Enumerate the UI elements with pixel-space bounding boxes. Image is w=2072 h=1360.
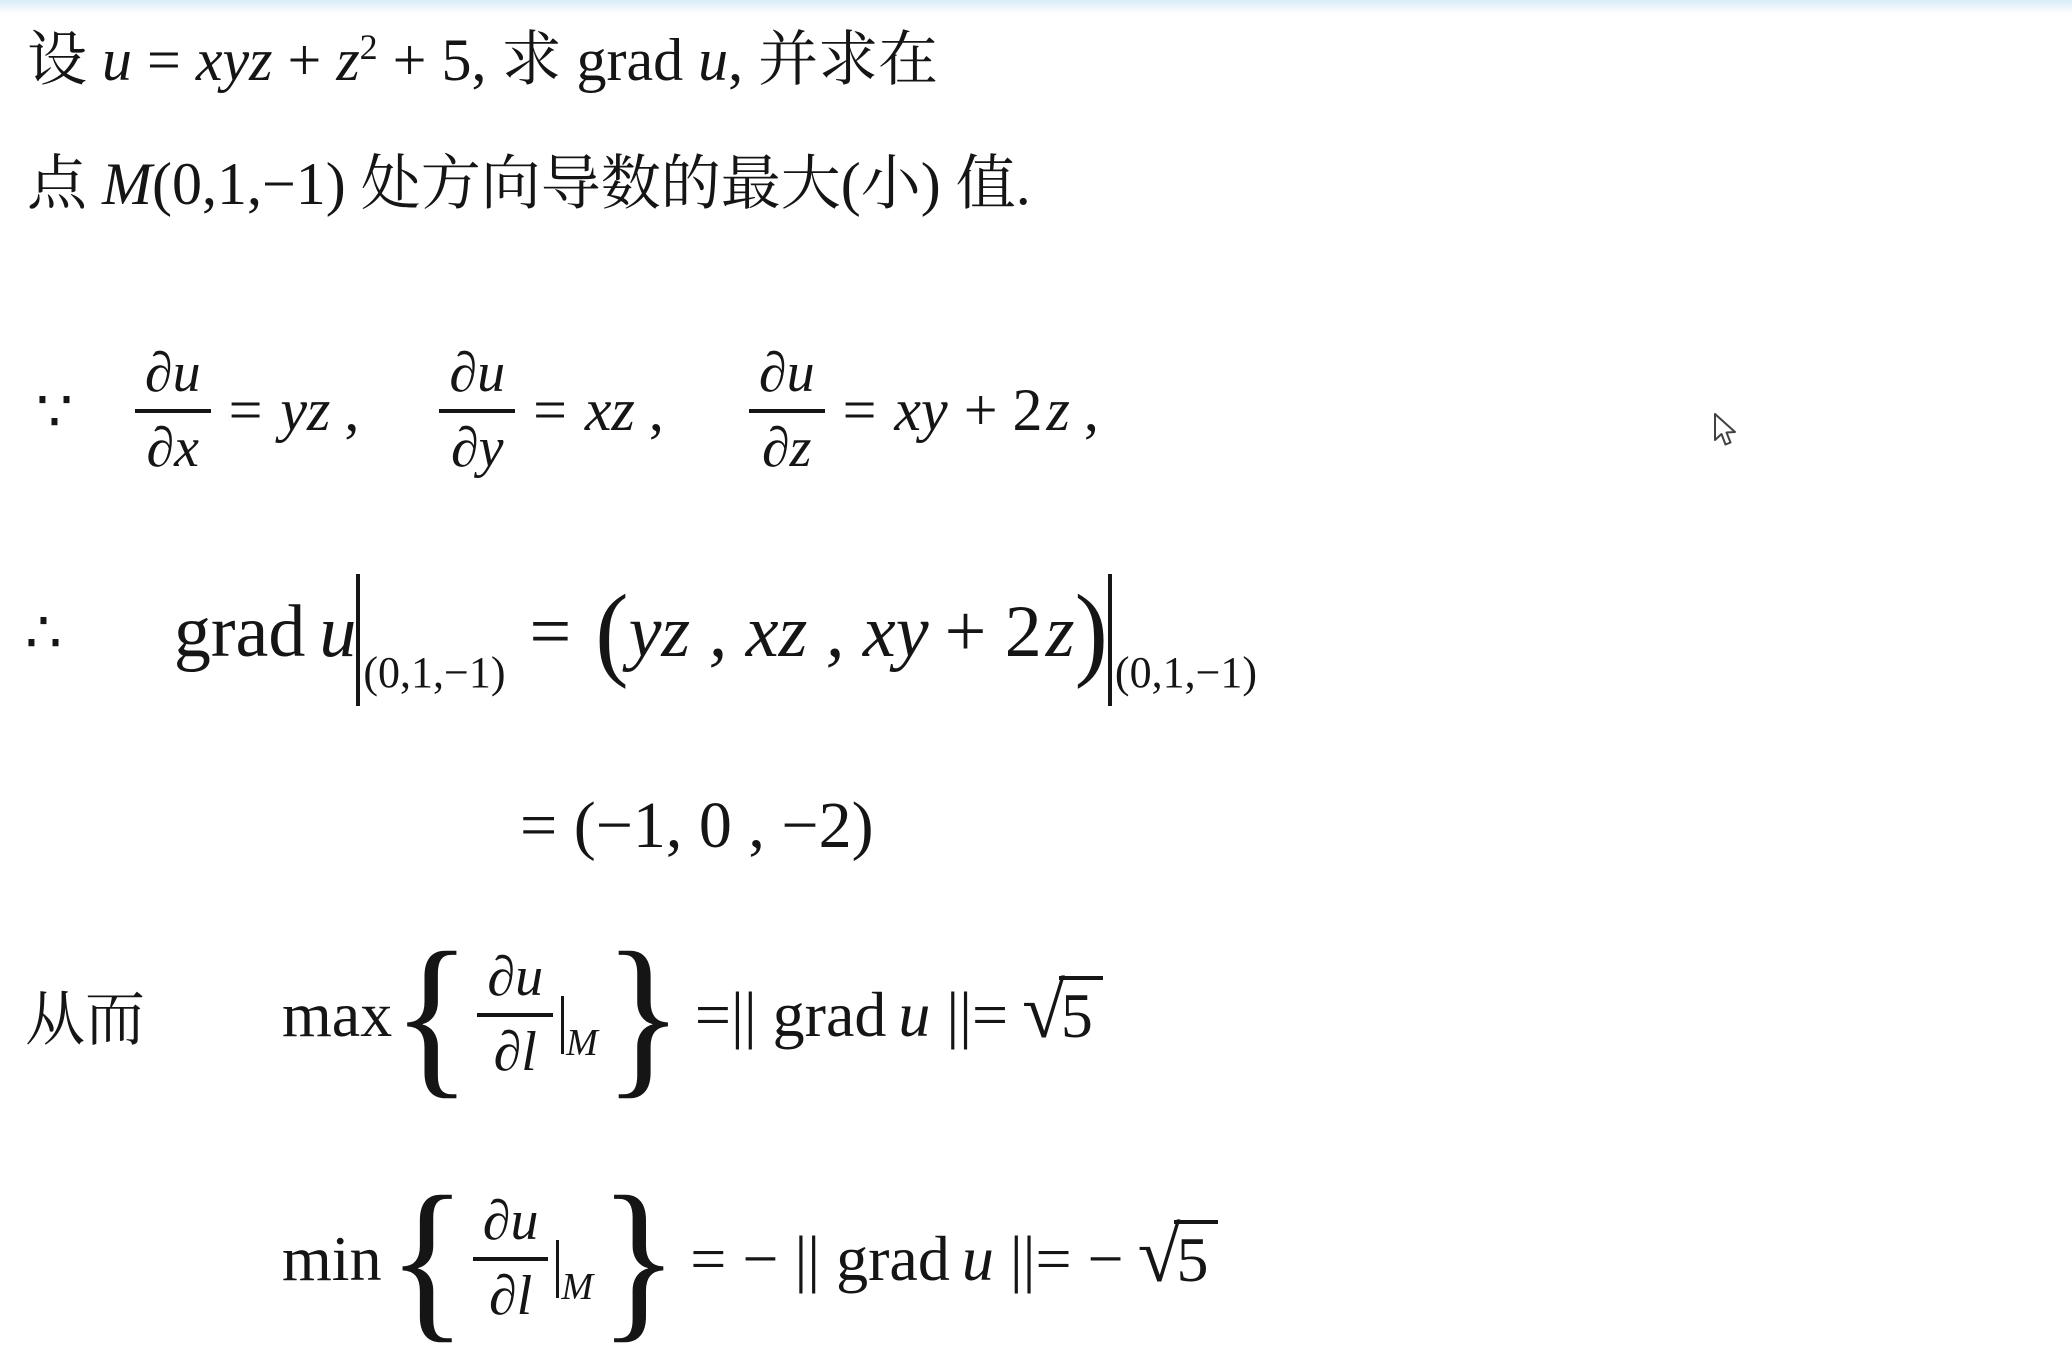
grad-word: grad <box>836 1222 950 1296</box>
fraction-denominator: ∂x <box>136 413 209 480</box>
fraction-numerator: ∂u <box>749 342 825 413</box>
subscript-M: M <box>566 1021 598 1065</box>
text-dian: 点 <box>27 151 102 217</box>
evaluation-bar <box>561 996 564 1054</box>
math-plus-2: + 2 <box>945 590 1042 675</box>
norm-close-equals: ||= <box>946 978 1008 1052</box>
gradient-result: = (−1, 0 , −2) <box>520 788 874 864</box>
math-point-M: (0,1,−1) <box>152 151 346 217</box>
max-directional-derivative-line: 从而 max { ∂u∂l M } =|| grad u ||= √5 <box>25 932 1103 1097</box>
open-paren: ( <box>595 580 628 685</box>
text-bingqiuzai: 并求在 <box>758 27 938 93</box>
math-xz: xz <box>585 376 635 445</box>
square-root-5: √5 <box>1022 976 1103 1054</box>
equals-sign: = <box>843 376 877 445</box>
evaluation-bar <box>1108 574 1112 706</box>
fraction-du-dl: ∂u∂l <box>473 1190 549 1327</box>
fraction-du-dx: ∂u∂x <box>135 342 211 479</box>
equals-sign: = <box>533 376 567 445</box>
norm-close-equals-minus: ||= − <box>1010 1222 1124 1296</box>
math-u: u <box>319 590 356 675</box>
close-brace: } <box>604 925 683 1103</box>
fraction-du-dy: ∂u∂y <box>439 342 515 479</box>
math-u: u <box>962 1222 994 1296</box>
min-function: min <box>282 1222 382 1296</box>
grad-word: grad <box>174 590 306 675</box>
fraction-denominator: ∂z <box>752 413 821 480</box>
math-z: z <box>1046 590 1075 675</box>
math-comma: , <box>728 27 758 93</box>
radical-sign: √ <box>1022 972 1065 1050</box>
math-equals: = <box>132 27 196 93</box>
open-brace: { <box>392 925 471 1103</box>
subscript-M: M <box>561 1265 593 1309</box>
comma: , <box>344 376 359 445</box>
math-u-2: u <box>698 27 728 93</box>
grad-word: grad <box>773 978 887 1052</box>
math-z: z <box>336 27 359 93</box>
math-u: u <box>898 978 930 1052</box>
fraction-numerator: ∂u <box>477 946 553 1017</box>
partial-du-dy: ∂u∂y = xz , <box>439 342 664 479</box>
therefore-symbol: ∴ <box>25 603 62 661</box>
partial-du-dz: ∂u∂z = xy + 2 z , <box>749 342 1099 479</box>
vector-components: yz , xz , xy <box>629 590 929 675</box>
mouse-cursor-icon <box>1712 413 1738 447</box>
equals-norm-open: =|| <box>695 978 757 1052</box>
close-brace: } <box>599 1169 678 1347</box>
evaluation-bar <box>556 1240 559 1298</box>
problem-line-2: 点 M(0,1,−1) 处方向导数的最大(小) 值. <box>27 136 1031 222</box>
math-M: M <box>102 151 152 217</box>
math-u: u <box>102 27 132 93</box>
math-xyz: xyz <box>196 27 273 93</box>
math-exponent: 2 <box>360 27 378 67</box>
equals-sign: = <box>530 590 572 675</box>
evaluation-bar <box>356 574 360 706</box>
partial-derivatives-line: ∵ ∂u∂x = yz , ∂u∂y = xz , ∂u∂z = xy + 2 … <box>36 342 1099 479</box>
math-z: z <box>1047 376 1070 445</box>
fraction-du-dz: ∂u∂z <box>749 342 825 479</box>
comma: , <box>1084 376 1099 445</box>
equals-minus-norm-open: = − || <box>690 1222 820 1296</box>
open-brace: { <box>388 1169 467 1347</box>
math-plus-5: + 5, <box>378 27 487 93</box>
text-conger: 从而 <box>25 972 145 1058</box>
radicand: 5 <box>1059 976 1103 1049</box>
fraction-du-dl: ∂u∂l <box>477 946 553 1083</box>
fraction-denominator: ∂l <box>479 1261 542 1328</box>
text-she: 设 <box>27 27 102 93</box>
problem-line-1: 设 u = xyz + z2 + 5, 求 grad u, 并求在 <box>27 12 938 98</box>
square-root-5: √5 <box>1138 1220 1219 1298</box>
math-slide: 设 u = xyz + z2 + 5, 求 grad u, 并求在 点 M(0,… <box>0 0 2072 1360</box>
gradient-line: ∴ grad u (0,1,−1) = ( yz , xz , xy + 2 z… <box>25 566 1257 698</box>
math-plus-2: + 2 <box>964 376 1043 445</box>
radical-sign: √ <box>1138 1216 1181 1294</box>
radicand: 5 <box>1174 1220 1218 1293</box>
because-symbol: ∵ <box>36 382 73 440</box>
min-directional-derivative-line: min { ∂u∂l M } = − || grad u ||= − √5 <box>282 1176 1218 1341</box>
fraction-numerator: ∂u <box>439 342 515 413</box>
fraction-denominator: ∂l <box>484 1017 547 1084</box>
text-qiu: 求 <box>487 27 577 93</box>
evaluation-point-subscript: (0,1,−1) <box>1115 647 1257 698</box>
partial-du-dx: ∂u∂x = yz , <box>135 342 360 479</box>
max-function: max <box>282 978 392 1052</box>
math-xy: xy <box>894 376 947 445</box>
fraction-numerator: ∂u <box>135 342 211 413</box>
math-yz: yz <box>280 376 330 445</box>
math-plus: + <box>272 27 336 93</box>
fraction-denominator: ∂y <box>441 413 514 480</box>
fraction-numerator: ∂u <box>473 1190 549 1261</box>
evaluation-point-subscript: (0,1,−1) <box>363 647 505 698</box>
equals-sign: = <box>229 376 263 445</box>
close-paren: ) <box>1075 580 1108 685</box>
math-grad-word: grad <box>577 27 699 93</box>
comma: , <box>649 376 664 445</box>
text-directional-derivative: 处方向导数的最大(小) 值. <box>346 151 1031 217</box>
